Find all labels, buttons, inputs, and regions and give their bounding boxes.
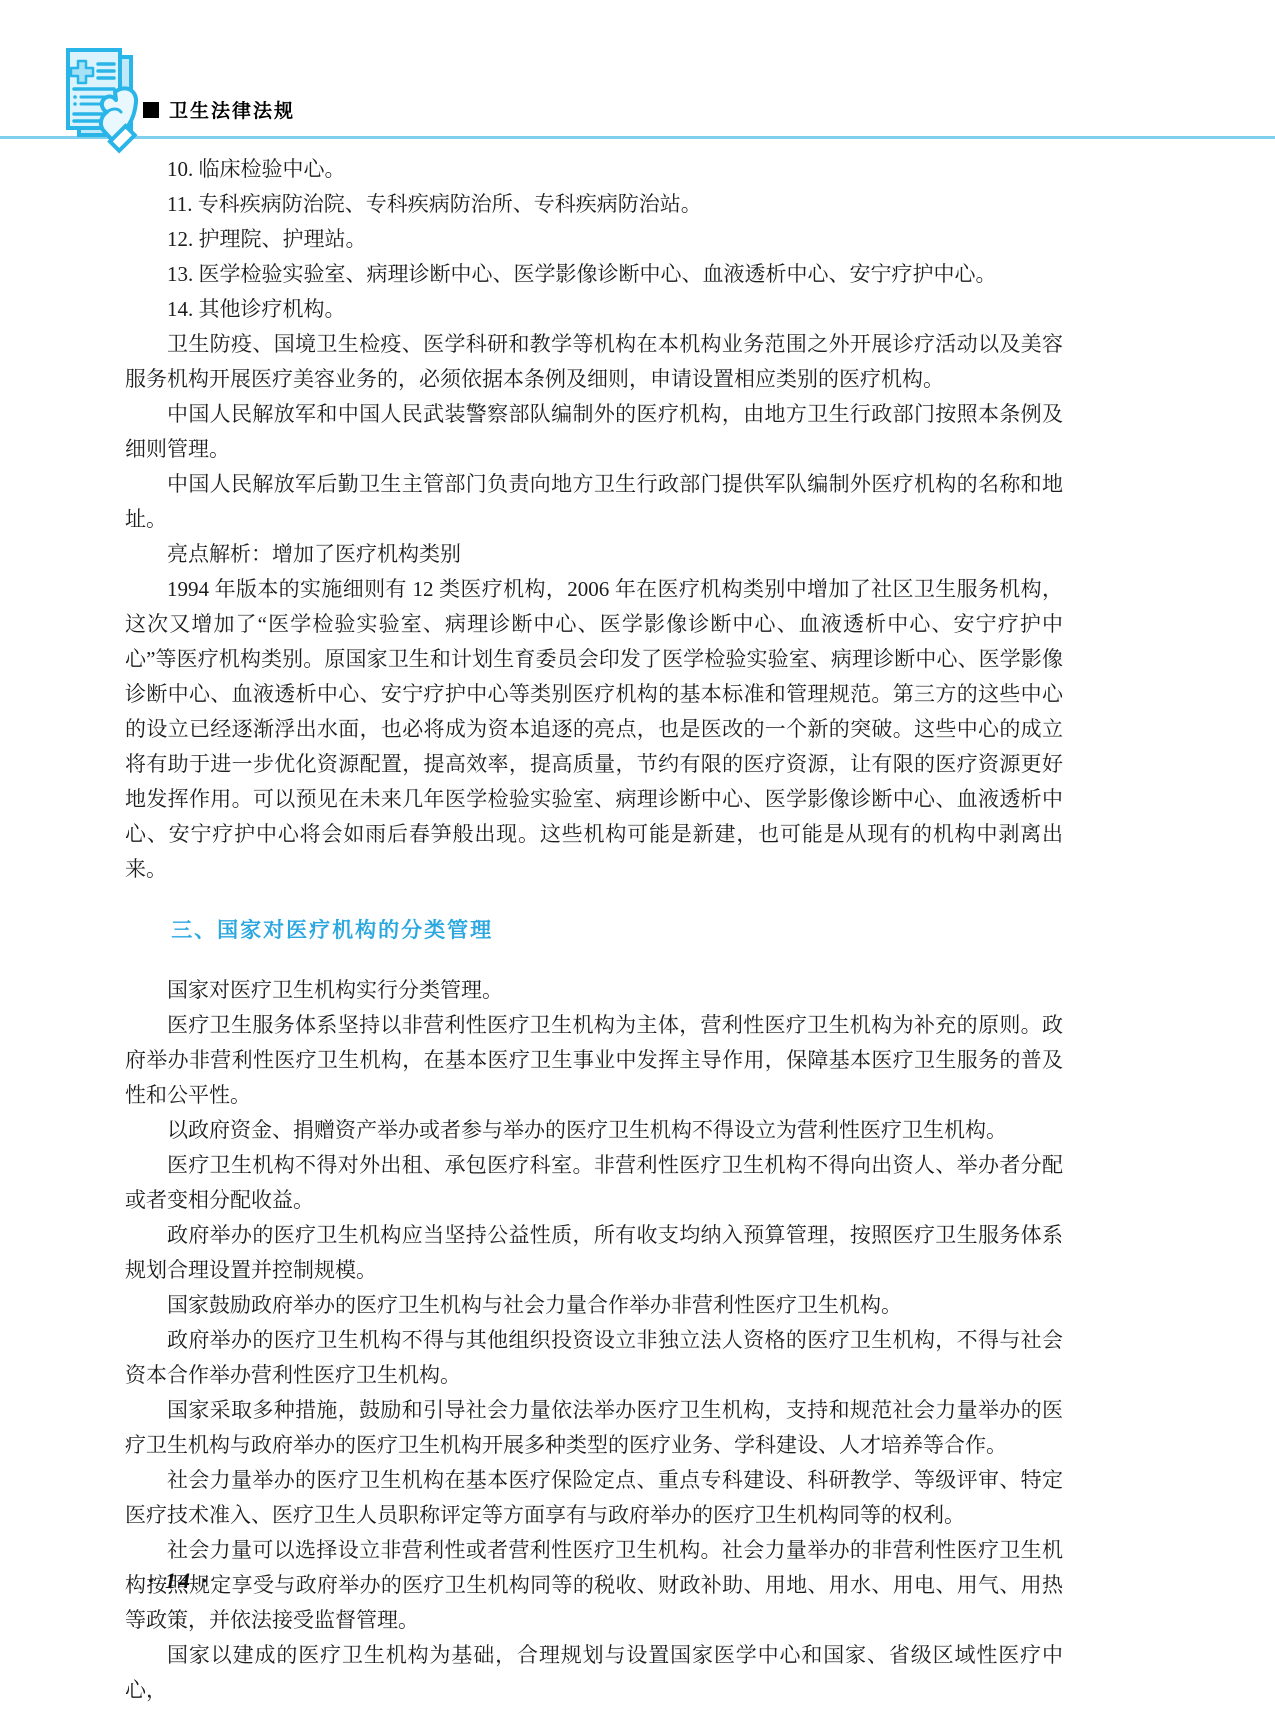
paragraph: 中国人民解放军和中国人民武装警察部队编制外的医疗机构，由地方卫生行政部门按照本条… [125, 397, 1063, 467]
page-number: · 14 · [148, 1568, 210, 1594]
paragraph: 中国人民解放军后勤卫生主管部门负责向地方卫生行政部门提供军队编制外医疗机构的名称… [125, 467, 1063, 537]
paragraph: 国家鼓励政府举办的医疗卫生机构与社会力量合作举办非营利性医疗卫生机构。 [125, 1288, 1063, 1323]
paragraph: 社会力量可以选择设立非营利性或者营利性医疗卫生机构。社会力量举办的非营利性医疗卫… [125, 1533, 1063, 1638]
paragraph: 国家以建成的医疗卫生机构为基础，合理规划与设置国家医学中心和国家、省级区域性医疗… [125, 1638, 1063, 1708]
highlight-analysis-label: 亮点解析：增加了医疗机构类别 [125, 537, 1063, 572]
paragraph: 卫生防疫、国境卫生检疫、医学科研和教学等机构在本机构业务范围之外开展诊疗活动以及… [125, 327, 1063, 397]
header-title: 卫生法律法规 [169, 96, 295, 123]
numbered-item: 10. 临床检验中心。 [125, 152, 1063, 187]
paragraph: 社会力量举办的医疗卫生机构在基本医疗保险定点、重点专科建设、科研教学、等级评审、… [125, 1463, 1063, 1533]
document-hand-icon [55, 44, 147, 156]
header-rule [0, 136, 1275, 139]
paragraph: 医疗卫生机构不得对外出租、承包医疗科室。非营利性医疗卫生机构不得向出资人、举办者… [125, 1148, 1063, 1218]
paragraph: 政府举办的医疗卫生机构不得与其他组织投资设立非独立法人资格的医疗卫生机构，不得与… [125, 1323, 1063, 1393]
paragraph: 以政府资金、捐赠资产举办或者参与举办的医疗卫生机构不得设立为营利性医疗卫生机构。 [125, 1113, 1063, 1148]
section-heading: 三、国家对医疗机构的分类管理 [125, 916, 1063, 946]
numbered-item: 14. 其他诊疗机构。 [125, 292, 1063, 327]
document-page: 卫生法律法规 10. 临床检验中心。 11. 专科疾病防治院、专科疾病防治所、专… [0, 0, 1275, 1718]
document-body: 10. 临床检验中心。 11. 专科疾病防治院、专科疾病防治所、专科疾病防治站。… [125, 152, 1063, 1708]
numbered-item: 13. 医学检验实验室、病理诊断中心、医学影像诊断中心、血液透析中心、安宁疗护中… [125, 257, 1063, 292]
paragraph: 国家采取多种措施，鼓励和引导社会力量依法举办医疗卫生机构，支持和规范社会力量举办… [125, 1393, 1063, 1463]
numbered-item: 11. 专科疾病防治院、专科疾病防治所、专科疾病防治站。 [125, 187, 1063, 222]
section-marker-icon [143, 102, 159, 118]
paragraph: 1994 年版本的实施细则有 12 类医疗机构，2006 年在医疗机构类别中增加… [125, 572, 1063, 887]
paragraph: 医疗卫生服务体系坚持以非营利性医疗卫生机构为主体，营利性医疗卫生机构为补充的原则… [125, 1008, 1063, 1113]
page-header: 卫生法律法规 [143, 96, 295, 123]
numbered-item: 12. 护理院、护理站。 [125, 222, 1063, 257]
paragraph: 政府举办的医疗卫生机构应当坚持公益性质，所有收支均纳入预算管理，按照医疗卫生服务… [125, 1218, 1063, 1288]
paragraph: 国家对医疗卫生机构实行分类管理。 [125, 973, 1063, 1008]
